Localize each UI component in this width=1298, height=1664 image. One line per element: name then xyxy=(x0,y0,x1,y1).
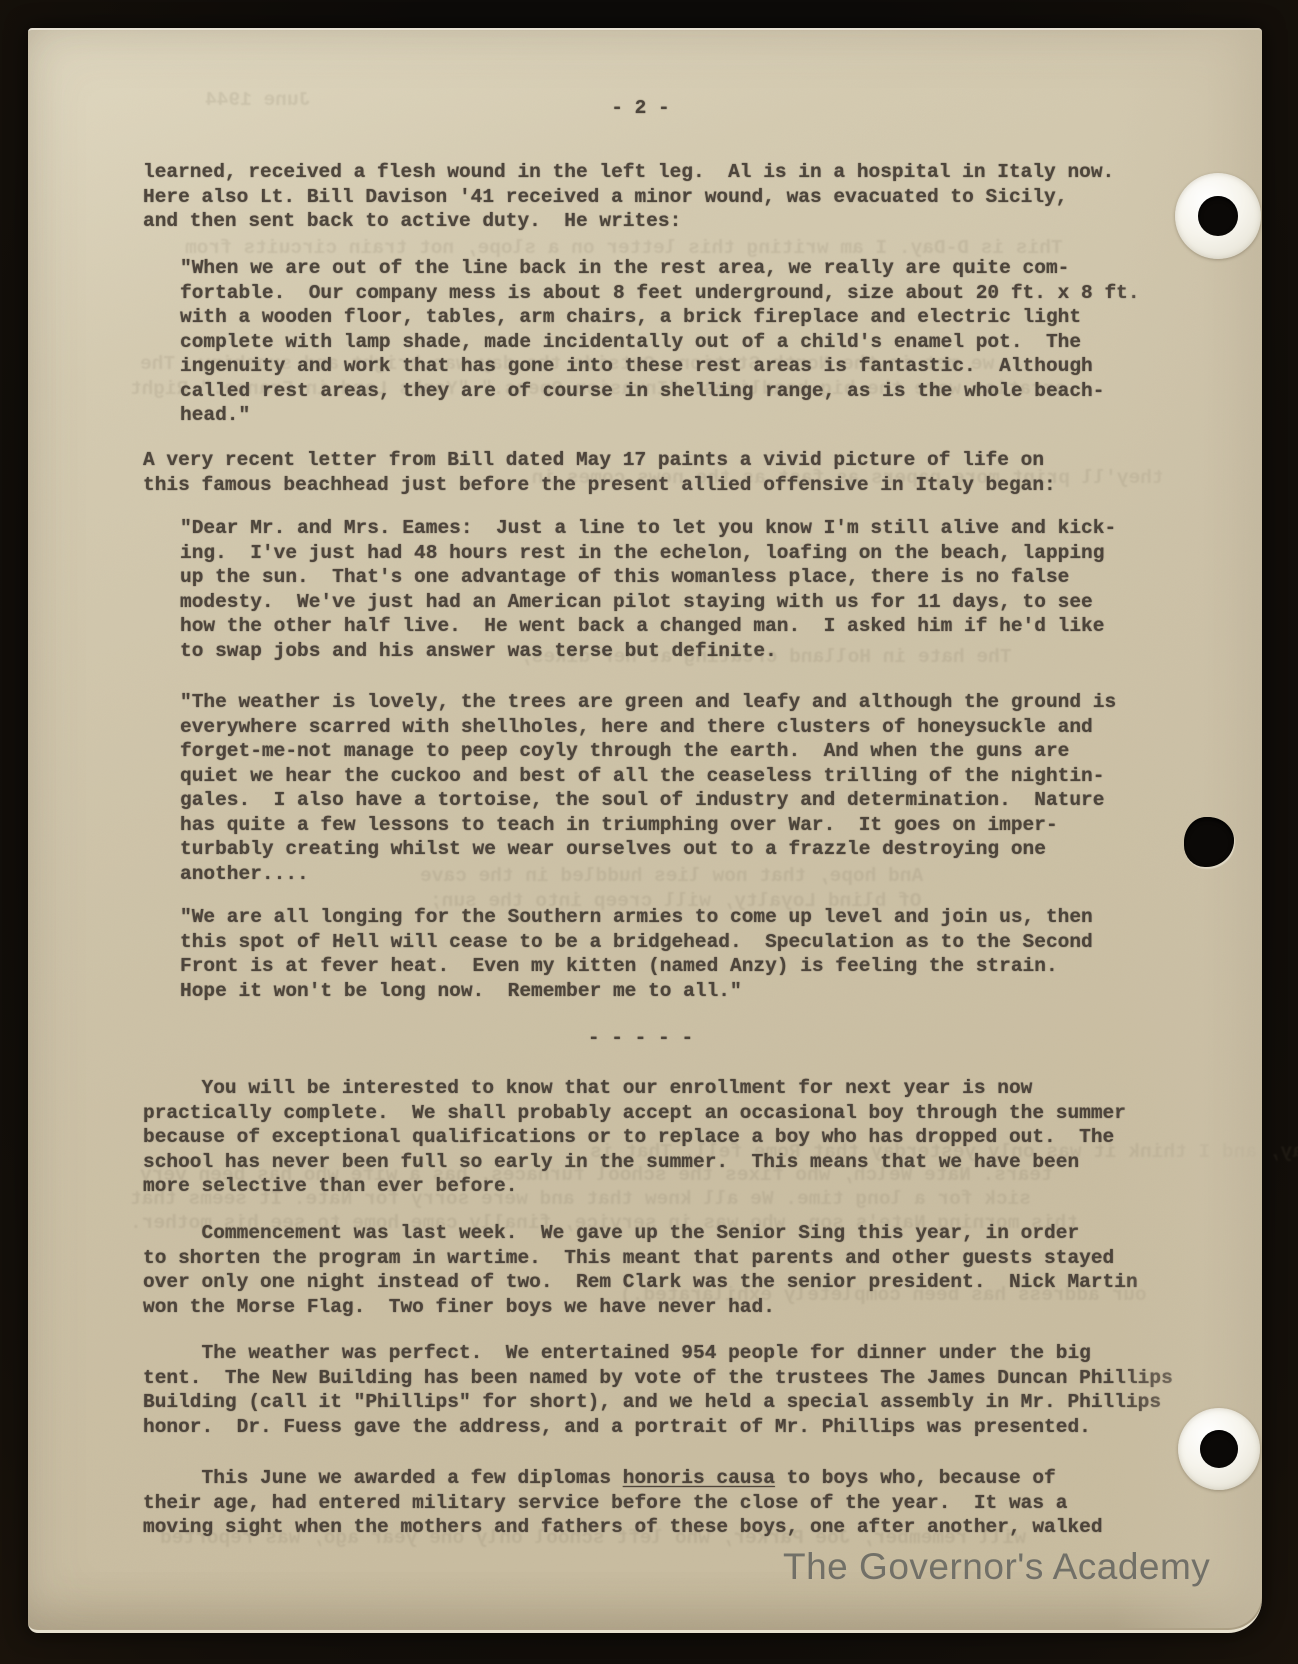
photo-backdrop: June 1944This is D-Day. I am writing thi… xyxy=(0,0,1298,1664)
watermark: The Governor's Academy xyxy=(783,1546,1210,1588)
document-page xyxy=(28,28,1262,1633)
